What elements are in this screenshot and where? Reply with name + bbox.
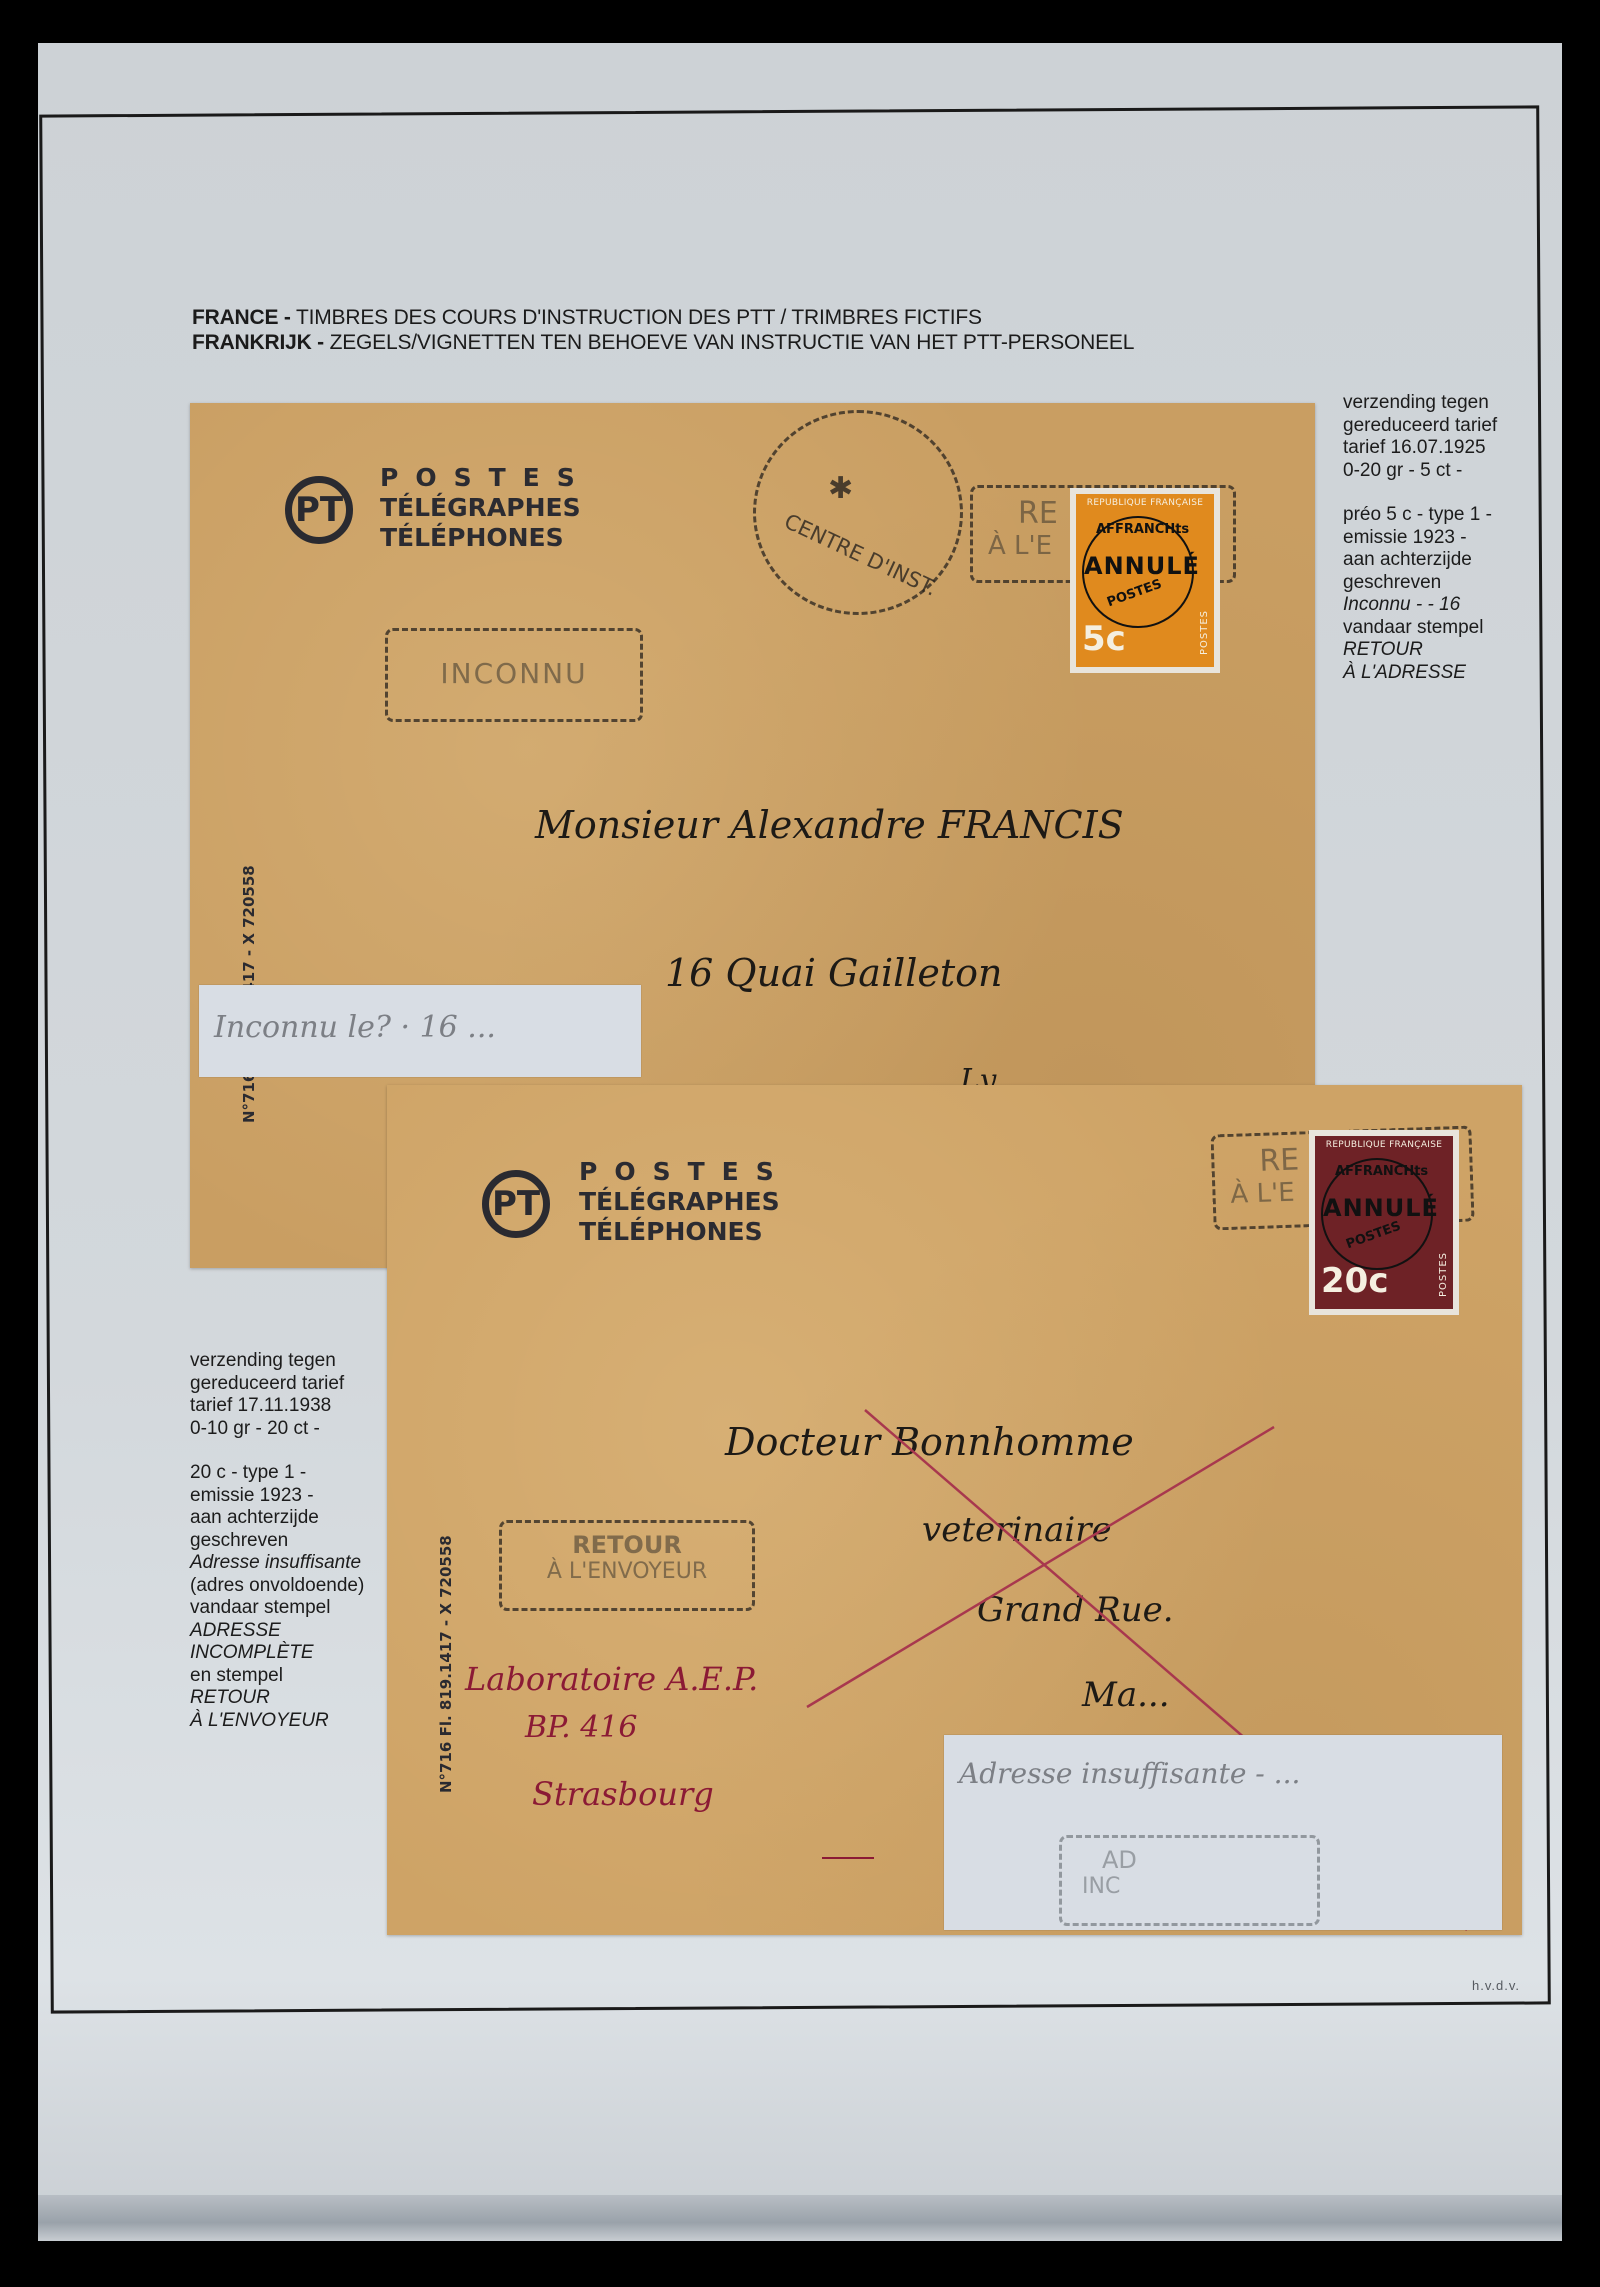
header-title-fr: TIMBRES DES COURS D'INSTRUCTION DES PTT … bbox=[291, 306, 982, 329]
header-title-nl: ZEGELS/VIGNETTEN TEN BEHOEVE VAN INSTRUC… bbox=[324, 331, 1134, 354]
header-line-dutch: FRANKRIJK - ZEGELS/VIGNETTEN TEN BEHOEVE… bbox=[192, 330, 1134, 355]
notes-envelope-2: verzending tegengereduceerd tarieftarief… bbox=[190, 1350, 364, 1732]
logo-letters: PT bbox=[295, 490, 343, 530]
sender-line-2: BP. 416 bbox=[525, 1710, 638, 1745]
sender-line-3: Strasbourg bbox=[532, 1775, 714, 1813]
label-handwriting: Inconnu le? · 16 ... bbox=[214, 1010, 496, 1045]
ptt-logo-icon: PT bbox=[285, 476, 353, 544]
postmark-text: CENTRE D'INST. bbox=[781, 509, 941, 601]
note-line: geschreven bbox=[190, 1530, 364, 1553]
org-line-postes: POSTES bbox=[380, 463, 592, 493]
stamp-value: 5c bbox=[1082, 619, 1126, 659]
header-country-nl: FRANKRIJK - bbox=[192, 331, 324, 354]
note-line: verzending tegen bbox=[190, 1350, 364, 1373]
note-line: vandaar stempel bbox=[190, 1597, 364, 1620]
org-line-telephones: TÉLÉPHONES bbox=[380, 523, 592, 553]
note-line: gereduceerd tarief bbox=[190, 1373, 364, 1396]
cachet-adresse-incomplete: AD INC bbox=[1059, 1835, 1320, 1926]
note-line: aan achterzijde bbox=[190, 1507, 364, 1530]
note-line: en stempel bbox=[190, 1665, 364, 1688]
note-line: RETOUR bbox=[1343, 639, 1497, 662]
author-signature: h.v.d.v. bbox=[1472, 1978, 1520, 1993]
annotation-label-2: Adresse insuffisante - ... AD INC bbox=[944, 1735, 1502, 1930]
stamp-overprint: ANNULÉ bbox=[1084, 552, 1200, 580]
annotation-label-1: Inconnu le? · 16 ... bbox=[199, 985, 641, 1077]
note-line: 0-20 gr - 5 ct - bbox=[1343, 460, 1497, 483]
note-line: INCOMPLÈTE bbox=[190, 1642, 364, 1665]
sender-line-1: Laboratoire A.E.P. bbox=[465, 1660, 758, 1698]
note-line: vandaar stempel bbox=[1343, 617, 1497, 640]
note-line: ADRESSE bbox=[190, 1620, 364, 1643]
page-header: FRANCE - TIMBRES DES COURS D'INSTRUCTION… bbox=[192, 305, 1134, 355]
postmark-circle: ✱ CENTRE D'INST. bbox=[753, 410, 963, 615]
cachet-inconnu-text: INCONNU bbox=[388, 657, 640, 690]
address-line-1: Monsieur Alexandre FRANCIS bbox=[535, 803, 1124, 847]
note-line: emissie 1923 - bbox=[190, 1485, 364, 1508]
note-line: préo 5 c - type 1 - bbox=[1343, 504, 1497, 527]
note-line: 20 c - type 1 - bbox=[190, 1462, 364, 1485]
precancel-top: AFFRANCHts bbox=[1096, 522, 1189, 537]
note-line: verzending tegen bbox=[1343, 392, 1497, 415]
notes-envelope-1: verzending tegengereduceerd tarieftarief… bbox=[1343, 392, 1497, 684]
stamp-country: REPUBLIQUE FRANÇAISE bbox=[1076, 494, 1214, 508]
cachet-line-2: INC bbox=[1062, 1874, 1317, 1899]
address-line-2: 16 Quai Gailleton bbox=[665, 951, 1003, 995]
note-line: tarief 17.11.1938 bbox=[190, 1395, 364, 1418]
note-line bbox=[1343, 482, 1497, 504]
note-line: geschreven bbox=[1343, 572, 1497, 595]
note-line: À L'ENVOYEUR bbox=[190, 1710, 364, 1733]
sender-underline bbox=[822, 1857, 874, 1859]
org-name: POSTES TÉLÉGRAPHES TÉLÉPHONES bbox=[380, 463, 592, 553]
note-line: À L'ADRESSE bbox=[1343, 662, 1497, 685]
postage-stamp-5c: REPUBLIQUE FRANÇAISE AFFRANCHts ANNULÉ P… bbox=[1070, 488, 1220, 673]
page-protector-edge bbox=[38, 2195, 1562, 2241]
label-handwriting: Adresse insuffisante - ... bbox=[959, 1757, 1300, 1790]
note-line: Inconnu - - 16 bbox=[1343, 594, 1497, 617]
header-line-french: FRANCE - TIMBRES DES COURS D'INSTRUCTION… bbox=[192, 305, 1134, 330]
note-line: Adresse insuffisante bbox=[190, 1552, 364, 1575]
cachet-line-1: AD bbox=[1062, 1846, 1317, 1874]
stamp-side-text: POSTES bbox=[1199, 610, 1210, 655]
header-country-fr: FRANCE - bbox=[192, 306, 291, 329]
note-line: aan achterzijde bbox=[1343, 549, 1497, 572]
note-line: emissie 1923 - bbox=[1343, 527, 1497, 550]
note-line: 0-10 gr - 20 ct - bbox=[190, 1418, 364, 1441]
note-line: RETOUR bbox=[190, 1687, 364, 1710]
note-line: gereduceerd tarief bbox=[1343, 415, 1497, 438]
cachet-inconnu: INCONNU bbox=[385, 628, 643, 722]
note-line: (adres onvoldoende) bbox=[190, 1575, 364, 1598]
postmark-star-icon: ✱ bbox=[828, 471, 853, 506]
org-line-telegraphes: TÉLÉGRAPHES bbox=[380, 493, 592, 523]
note-line bbox=[190, 1440, 364, 1462]
note-line: tarief 16.07.1925 bbox=[1343, 437, 1497, 460]
printer-mark: N°716 Fl. 819.1417 - X 720558 bbox=[437, 1535, 455, 1793]
